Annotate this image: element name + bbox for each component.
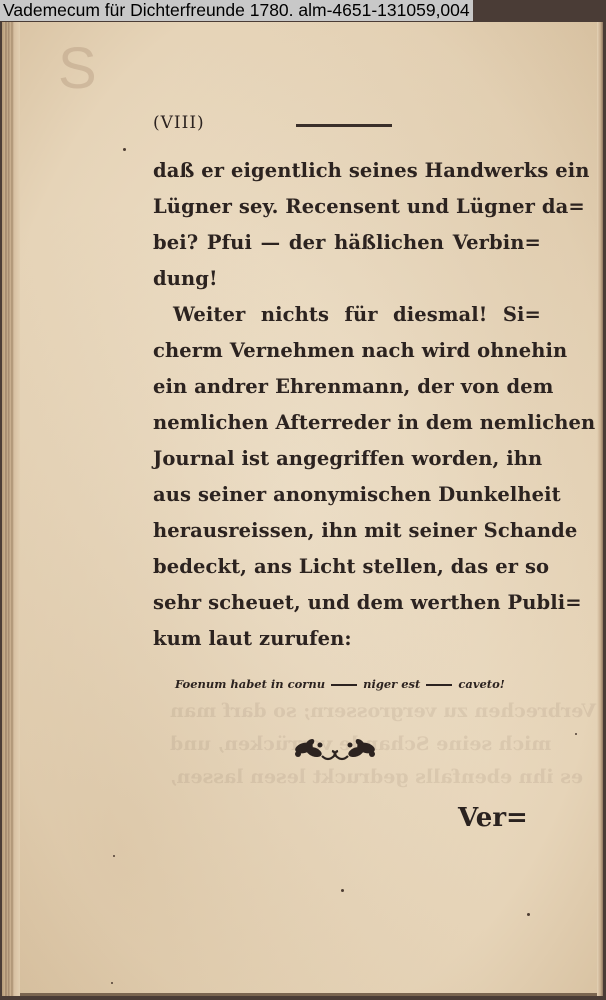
text-line: cherm Vernehmen nach wird ohnehin [153,339,541,362]
paper-speck [123,148,126,151]
text-line: aus seiner anonymischen Dunkelheit [153,483,541,506]
paper-speck [111,982,113,984]
catchword: Ver= [458,803,528,833]
page-folio: (VIII) [153,113,205,133]
latin-quote: Foenum habet in cornuniger estcaveto! [175,677,540,691]
show-through-text: Verbrechen zu vergrossern; so darf man [170,700,596,722]
text-line: herausreissen, ihn mit seiner Schande [153,519,541,542]
quote-part-1: Foenum habet in cornu [175,677,325,691]
text-line: Weiter nichts für diesmal! Si= [153,303,541,326]
text-line: bei? Pfui — der häßlichen Verbin= [153,231,541,254]
text-line: sehr scheuet, und dem werthen Publi= [153,591,541,614]
text-line: Journal ist angegriffen worden, ihn [153,447,541,470]
quote-dash [331,684,357,686]
paper-speck [341,889,344,892]
library-stamp: S [58,40,97,98]
quote-part-2: niger est [363,677,420,691]
show-through-text: es ihn ebenfalls gedruckt lesen lassen, [170,766,583,788]
text-line: kum laut zurufen: [153,627,541,650]
folio-rule [296,124,392,127]
paper-speck [575,733,577,735]
text-line: dung! [153,267,541,290]
paper-speck [113,855,115,857]
text-line: bedeckt, ans Licht stellen, das er so [153,555,541,578]
page-right-edge [597,22,603,996]
floral-ornament-icon [292,736,378,764]
text-line: ein andrer Ehrenmann, der von dem [153,375,541,398]
text-line: daß er eigentlich seines Handwerks ein [153,159,541,182]
quote-dash [426,684,452,686]
page-gutter-edges [2,22,20,996]
quote-part-3: caveto! [458,677,504,691]
paper-speck [527,913,530,916]
text-line: nemlichen Afterreder in dem nemlichen [153,411,541,434]
text-line: Lügner sey. Recensent und Lügner da= [153,195,541,218]
window-title: Vademecum für Dichterfreunde 1780. alm-4… [0,0,473,21]
